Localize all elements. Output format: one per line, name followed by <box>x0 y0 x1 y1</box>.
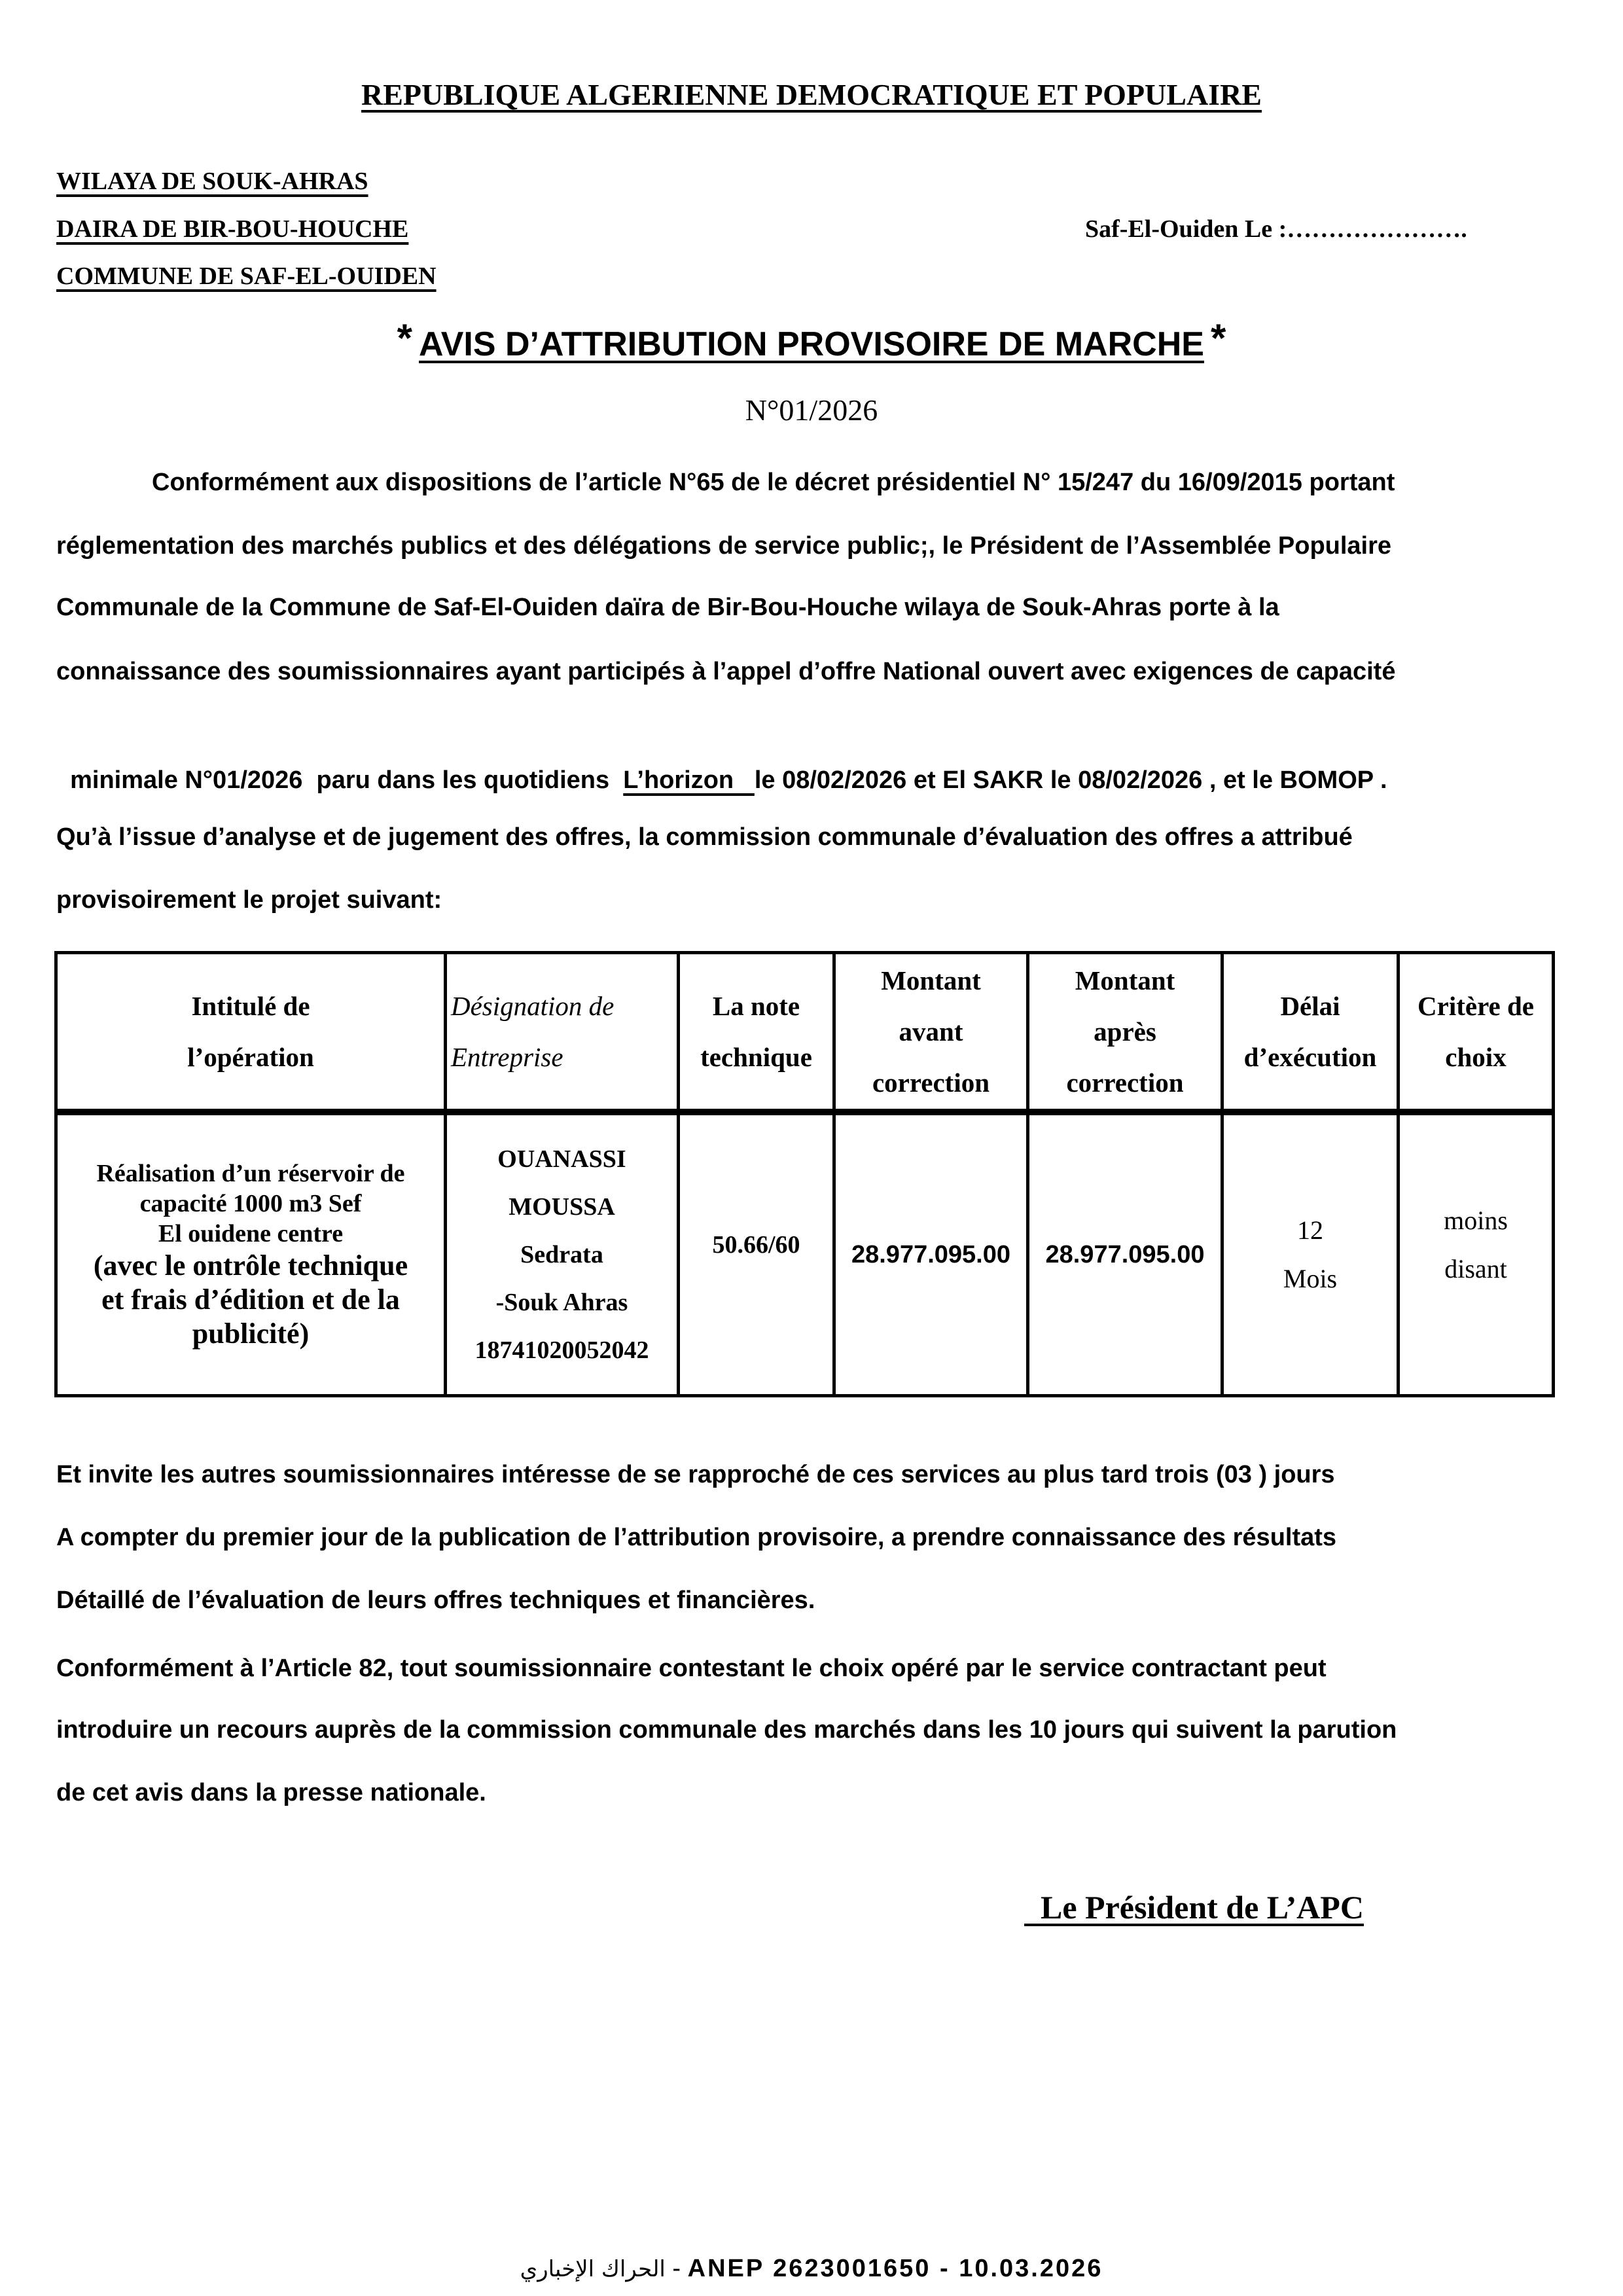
intro-line-5-end: le 08/02/2026 et El SAKR le 08/02/2026 ,… <box>755 766 1387 794</box>
header-montant-apres: Montantaprèscorrection <box>1028 953 1222 1113</box>
cell-line: technique <box>684 1031 829 1083</box>
cell-line: Montant <box>1033 955 1217 1006</box>
cell-line: La note <box>684 980 829 1031</box>
closing-line-4: Conformément à l’Article 82, tout soumis… <box>56 1655 1327 1683</box>
cell-montant-avant: 28.977.095.00 <box>834 1112 1028 1396</box>
cell-operation: Réalisation d’un réservoir decapacité 10… <box>56 1112 446 1396</box>
cell-line: Désignation de <box>451 980 673 1031</box>
commune-label: COMMUNE DE SAF-EL-OUIDEN <box>56 262 437 291</box>
cell-line: disant <box>1404 1245 1548 1293</box>
cell-line: 18741020052042 <box>451 1327 673 1374</box>
table-row: Réalisation d’un réservoir decapacité 10… <box>56 1112 1554 1396</box>
closing-line-3: Détaillé de l’évaluation de leurs offres… <box>56 1587 815 1615</box>
header-entreprise: Désignation deEntreprise <box>446 953 679 1113</box>
cell-line: 12 <box>1228 1206 1393 1255</box>
header-operation: Intitulé del’opération <box>56 953 446 1113</box>
cell-line: Critère de <box>1404 980 1548 1031</box>
header-montant-avant: Montantavantcorrection <box>834 953 1028 1113</box>
cell-line: après <box>1033 1006 1217 1057</box>
cell-line: capacité 1000 m3 Sef <box>62 1189 440 1219</box>
anep-footer: الحراك الإخباري - ANEP 2623001650 - 10.0… <box>0 2255 1623 2283</box>
star-right-icon: * <box>1204 316 1232 360</box>
footer-separator: - <box>666 2255 688 2282</box>
cell-delai: 12Mois <box>1222 1112 1399 1396</box>
star-left-icon: * <box>391 316 419 360</box>
cell-critere: moinsdisant <box>1399 1112 1554 1396</box>
cell-line: correction <box>840 1057 1022 1108</box>
cell-line: publicité) <box>62 1317 440 1351</box>
intro-line-2: réglementation des marchés publics et de… <box>56 532 1391 560</box>
signature-president-apc: Le Président de L’APC <box>1024 1888 1364 1926</box>
cell-line: -Souk Ahras <box>451 1279 673 1327</box>
cell-note: 50.66/60 <box>679 1112 834 1396</box>
closing-line-1: Et invite les autres soumissionnaires in… <box>56 1461 1335 1489</box>
cell-line: avant <box>840 1006 1022 1057</box>
cell-line: (avec le ontrôle technique <box>62 1249 440 1283</box>
cell-line: OUANASSI <box>451 1136 673 1183</box>
cell-line: correction <box>1033 1057 1217 1108</box>
header-critere: Critère dechoix <box>1399 953 1554 1113</box>
attribution-table: Intitulé del’opération Désignation deEnt… <box>54 951 1555 1397</box>
cell-line: El ouidene centre <box>62 1219 440 1249</box>
footer-publication-arabic: الحراك الإخباري <box>520 2256 666 2282</box>
intro-line-3: Communale de la Commune de Saf-El-Ouiden… <box>56 594 1279 622</box>
closing-line-6: de cet avis dans la presse nationale. <box>56 1779 486 1807</box>
cell-line: Mois <box>1228 1255 1393 1303</box>
intro-line-5-start: minimale N°01/2026 paru dans les quotidi… <box>70 766 623 794</box>
intro-line-4: connaissance des soumissionnaires ayant … <box>56 658 1395 686</box>
newspaper-name: L’horizon <box>623 766 755 794</box>
cell-line: MOUSSA <box>451 1183 673 1231</box>
republic-heading: REPUBLIQUE ALGERIENNE DEMOCRATIQUE ET PO… <box>0 77 1623 112</box>
cell-line: Sedrata <box>451 1231 673 1279</box>
intro-line-5: minimale N°01/2026 paru dans les quotidi… <box>56 738 1387 795</box>
table-header-row: Intitulé del’opération Désignation deEnt… <box>56 953 1554 1113</box>
header-note: La notetechnique <box>679 953 834 1113</box>
closing-line-2: A compter du premier jour de la publicat… <box>56 1524 1336 1552</box>
cell-line: choix <box>1404 1031 1548 1083</box>
dateline: Saf-El-Ouiden Le :…………………. <box>1085 215 1467 243</box>
cell-line: Intitulé de <box>62 980 440 1031</box>
notice-number: N°01/2026 <box>0 393 1623 427</box>
notice-title: *AVIS D’ATTRIBUTION PROVISOIRE DE MARCHE… <box>0 315 1623 364</box>
cell-line: Entreprise <box>451 1031 673 1083</box>
intro-line-1: Conformément aux dispositions de l’artic… <box>152 469 1395 497</box>
cell-entreprise: OUANASSIMOUSSASedrata-Souk Ahras18741020… <box>446 1112 679 1396</box>
header-delai: Délaid’exécution <box>1222 953 1399 1113</box>
cell-line: Réalisation d’un réservoir de <box>62 1158 440 1189</box>
wilaya-label: WILAYA DE SOUK-AHRAS <box>56 167 368 196</box>
cell-line: Délai <box>1228 980 1393 1031</box>
cell-line: et frais d’édition et de la <box>62 1283 440 1317</box>
daira-label: DAIRA DE BIR-BOU-HOUCHE <box>56 215 408 243</box>
cell-line: moins <box>1404 1196 1548 1245</box>
cell-line: l’opération <box>62 1031 440 1083</box>
footer-anep-reference: ANEP 2623001650 - 10.03.2026 <box>688 2255 1103 2282</box>
cell-line: Montant <box>840 955 1022 1006</box>
cell-montant-apres: 28.977.095.00 <box>1028 1112 1222 1396</box>
intro-line-7: provisoirement le projet suivant: <box>56 886 442 914</box>
notice-title-text: AVIS D’ATTRIBUTION PROVISOIRE DE MARCHE <box>419 325 1204 363</box>
cell-line: d’exécution <box>1228 1031 1393 1083</box>
closing-line-5: introduire un recours auprès de la commi… <box>56 1716 1397 1744</box>
intro-line-6: Qu’à l’issue d’analyse et de jugement de… <box>56 823 1353 852</box>
